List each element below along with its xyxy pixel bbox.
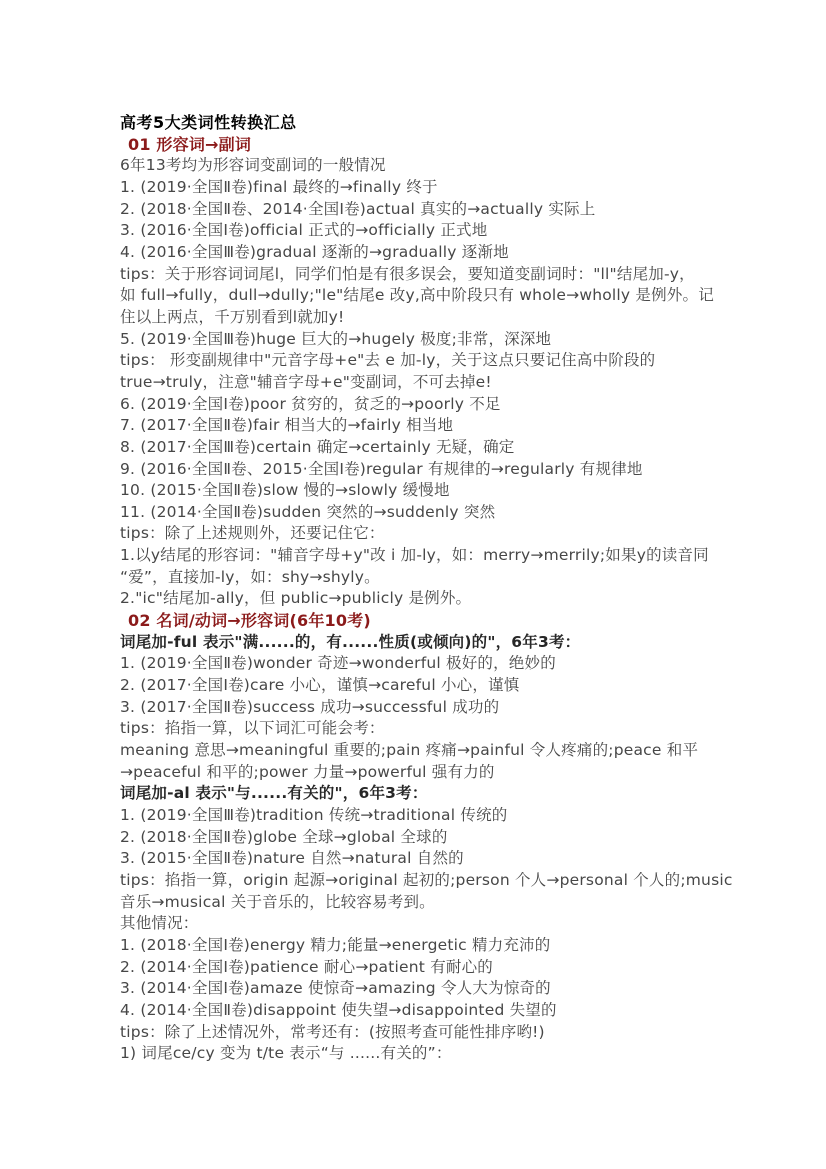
- text-line: 1. (2019·全国Ⅲ卷)tradition 传统→traditional 传…: [120, 805, 730, 827]
- text-line: 住以上两点，千万别看到l就加y!: [120, 307, 730, 329]
- text-line: tips：关于形容词词尾l，同学们怕是有很多误会，要知道变副词时："ll"结尾加…: [120, 264, 730, 286]
- text-line: meaning 意思→meaningful 重要的;pain 疼痛→painfu…: [120, 740, 730, 762]
- text-line: 9. (2016·全国Ⅱ卷、2015·全国Ⅰ卷)regular 有规律的→reg…: [120, 459, 730, 481]
- text-line: 11. (2014·全国Ⅱ卷)sudden 突然的→suddenly 突然: [120, 502, 730, 524]
- text-line: tips：除了上述规则外，还要记住它：: [120, 523, 730, 545]
- section-heading: 02 名词/动词→形容词(6年10考): [128, 610, 730, 632]
- text-line: 10. (2015·全国Ⅱ卷)slow 慢的→slowly 缓慢地: [120, 480, 730, 502]
- text-line: 词尾加-ful 表示"满......的，有......性质(或倾向)的"，6年3…: [120, 632, 730, 654]
- text-line: 2."ic"结尾加-ally，但 public→publicly 是例外。: [120, 588, 730, 610]
- text-line: 1. (2018·全国Ⅰ卷)energy 精力;能量→energetic 精力充…: [120, 935, 730, 957]
- document-page: 高考5大类词性转换汇总 01 形容词→副词6年13考均为形容词变副词的一般情况1…: [0, 0, 826, 1169]
- text-line: 3. (2017·全国Ⅱ卷)success 成功→successful 成功的: [120, 697, 730, 719]
- text-line: 1) 词尾ce/cy 变为 t/te 表示“与 ......有关的”：: [120, 1043, 730, 1065]
- text-line: 音乐→musical 关于音乐的，比较容易考到。: [120, 892, 730, 914]
- text-line: 1. (2019·全国Ⅱ卷)wonder 奇迹→wonderful 极好的，绝妙…: [120, 653, 730, 675]
- text-line: 1. (2019·全国Ⅱ卷)final 最终的→finally 终于: [120, 177, 730, 199]
- text-line: 6年13考均为形容词变副词的一般情况: [120, 155, 730, 177]
- text-line: 2. (2018·全国Ⅱ卷)globe 全球→global 全球的: [120, 827, 730, 849]
- text-line: tips：掐指一算，origin 起源→original 起初的;person …: [120, 870, 730, 892]
- text-line: 词尾加-al 表示"与......有关的"，6年3考：: [120, 783, 730, 805]
- text-line: 5. (2019·全国Ⅲ卷)huge 巨大的→hugely 极度;非常，深深地: [120, 329, 730, 351]
- text-line: true→truly，注意"辅音字母+e"变副词，不可去掉e!: [120, 372, 730, 394]
- text-line: tips：掐指一算，以下词汇可能会考：: [120, 718, 730, 740]
- document-body: 01 形容词→副词6年13考均为形容词变副词的一般情况1. (2019·全国Ⅱ卷…: [120, 134, 730, 1065]
- text-line: 2. (2014·全国Ⅰ卷)patience 耐心→patient 有耐心的: [120, 957, 730, 979]
- text-line: tips：除了上述情况外，常考还有：(按照考查可能性排序哟!): [120, 1022, 730, 1044]
- text-line: 4. (2014·全国Ⅱ卷)disappoint 使失望→disappointe…: [120, 1000, 730, 1022]
- text-line: 6. (2019·全国Ⅰ卷)poor 贫穷的，贫乏的→poorly 不足: [120, 394, 730, 416]
- text-line: 3. (2014·全国Ⅰ卷)amaze 使惊奇→amazing 令人大为惊奇的: [120, 978, 730, 1000]
- text-line: 如 full→fully，dull→dully;"le"结尾e 改y,高中阶段只…: [120, 285, 730, 307]
- text-line: 3. (2015·全国Ⅱ卷)nature 自然→natural 自然的: [120, 848, 730, 870]
- text-line: 1.以y结尾的形容词："辅音字母+y"改 i 加-ly，如：merry→merr…: [120, 545, 730, 567]
- text-line: tips： 形变副规律中"元音字母+e"去 e 加-ly，关于这点只要记住高中阶…: [120, 350, 730, 372]
- document-title: 高考5大类词性转换汇总: [120, 112, 730, 134]
- text-line: 4. (2016·全国Ⅲ卷)gradual 逐渐的→gradually 逐渐地: [120, 242, 730, 264]
- text-line: 2. (2017·全国Ⅰ卷)care 小心，谨慎→careful 小心，谨慎: [120, 675, 730, 697]
- text-line: 7. (2017·全国Ⅱ卷)fair 相当大的→fairly 相当地: [120, 415, 730, 437]
- text-line: 2. (2018·全国Ⅱ卷、2014·全国Ⅰ卷)actual 真实的→actua…: [120, 199, 730, 221]
- section-heading: 01 形容词→副词: [128, 134, 730, 156]
- text-line: 其他情况：: [120, 913, 730, 935]
- text-line: →peaceful 和平的;power 力量→powerful 强有力的: [120, 762, 730, 784]
- text-line: 8. (2017·全国Ⅲ卷)certain 确定→certainly 无疑，确定: [120, 437, 730, 459]
- text-line: 3. (2016·全国Ⅰ卷)official 正式的→officially 正式…: [120, 220, 730, 242]
- text-line: “爱”，直接加-ly，如：shy→shyly。: [120, 567, 730, 589]
